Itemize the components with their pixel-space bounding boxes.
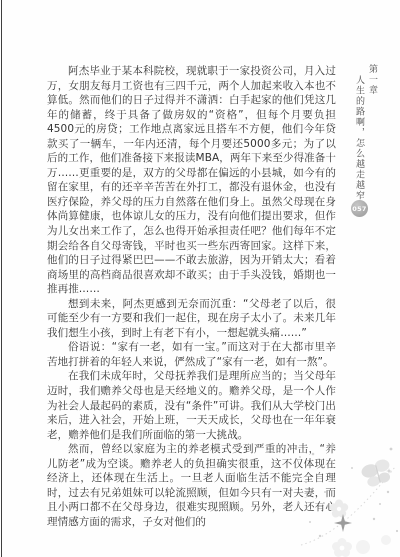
- chapter-number-label: 第一章: [366, 64, 379, 96]
- tiny-sparkle-icon: [328, 442, 336, 450]
- paragraph: 俗语说：“家有一老，如有一宝。”而这对于在大都市里辛苦地打拼着的年轻人来说，俨然…: [47, 340, 336, 369]
- faint-circle-icon: [356, 540, 370, 554]
- chapter-title-vertical: 人生的路啊，怎么越走越窄: [353, 75, 366, 201]
- page-number-badge: 057: [351, 200, 368, 217]
- page-number: 057: [352, 205, 366, 213]
- paragraph: 阿杰毕业于某本科院校，现就职于一家投资公司，月入过万，女朋友每月工资也有三四千元…: [47, 64, 336, 297]
- butterfly-icon: [360, 458, 394, 489]
- book-page: 阿杰毕业于某本科院校，现就职于一家投资公司，月入过万，女朋友每月工资也有三四千元…: [0, 0, 400, 557]
- faint-circle-icon: [381, 535, 391, 545]
- faint-flower-icon: [332, 538, 352, 557]
- paragraph: 想到未来，阿杰更感到无奈而沉重：“父母老了以后，很可能至少有一方要和我们一起住，…: [47, 297, 336, 341]
- page-edge-line: [1, 0, 2, 557]
- chapter-sidebar: 第一章 人生的路啊，怎么越走越窄: [353, 64, 379, 214]
- decoration-graphic: [285, 412, 400, 557]
- flower-icon: [330, 500, 348, 518]
